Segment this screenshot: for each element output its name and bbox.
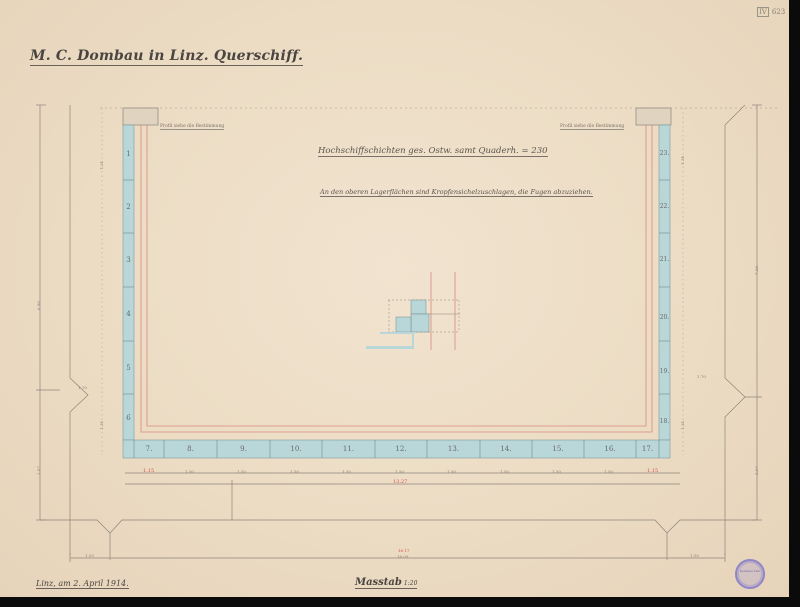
dimension-label: 1.50 — [342, 469, 351, 474]
dimension-overall-red: 16.17 — [398, 548, 409, 553]
dimension-label: 1.50 — [185, 469, 194, 474]
block-number: 6 — [123, 414, 134, 422]
block-number: 13. — [427, 445, 480, 453]
dimension-red-right: 1.15 — [647, 468, 658, 474]
dimension-left-lower: 2.07 — [36, 466, 41, 475]
block-number: 7. — [134, 445, 164, 453]
corner-label-left: Profil siehe die Bestimmung — [160, 124, 224, 130]
heading-note: Hochschiffschichten ges. Ostw. samt Quad… — [318, 146, 548, 157]
block-number: 8. — [164, 445, 217, 453]
dimension-label: 1.50 — [604, 469, 613, 474]
block-number: 14. — [480, 445, 532, 453]
dimension-label: 1.50 — [290, 469, 299, 474]
dimension-side-block: 1.34 — [99, 421, 104, 430]
scan-border-right — [789, 0, 800, 607]
dimension-right-lower: 2.07 — [754, 466, 759, 475]
archive-stamp: Dombau Linz — [735, 559, 765, 589]
dimension-left-offset: 1.50 — [85, 553, 94, 558]
block-number: 12. — [375, 445, 427, 453]
dimension-side-block: 1.34 — [99, 161, 104, 170]
block-number: 21. — [659, 256, 670, 263]
block-number: 9. — [217, 445, 270, 453]
block-number: 19. — [659, 368, 670, 375]
dimension-side-block: 1.34 — [680, 421, 685, 430]
dimension-overall-width: 16.09 — [397, 554, 408, 559]
instruction-note: An den oberen Lagerflächen sind Kropfens… — [320, 188, 593, 197]
corner-label-right: Profil siehe die Bestimmung — [560, 124, 624, 130]
scan-border-bottom — [0, 597, 800, 607]
scale-word: Masstab — [355, 577, 402, 588]
block-number: 1 — [123, 150, 134, 158]
dimension-side-mid-right: 1.70 — [697, 374, 706, 379]
block-number: 16. — [584, 445, 636, 453]
dimension-label: 1.50 — [237, 469, 246, 474]
block-number: 22. — [659, 203, 670, 210]
block-number: 5 — [123, 364, 134, 372]
dimension-red-left: 1.15 — [143, 468, 154, 474]
block-number: 10. — [270, 445, 322, 453]
dimension-right-height: 7.38 — [754, 266, 759, 275]
dimension-left-height: 6.96 — [36, 301, 41, 310]
dimension-side-mid-left: 1.70 — [78, 385, 87, 390]
dimension-label: 1.50 — [500, 469, 509, 474]
drawing-sheet: IV623 M. C. Dombau in Linz. Querschiff. … — [0, 0, 789, 597]
dimension-side-block: 1.34 — [680, 156, 685, 165]
archive-number: 623 — [772, 8, 785, 16]
dimension-red-total: 13.27 — [393, 479, 407, 485]
archive-reference: IV623 — [757, 8, 785, 16]
dimension-label: 1.50 — [447, 469, 456, 474]
drawing-title: M. C. Dombau in Linz. Querschiff. — [30, 48, 303, 66]
block-number: 15. — [532, 445, 584, 453]
block-number: 17. — [636, 445, 659, 453]
dimension-label: 1.50 — [552, 469, 561, 474]
archive-box-label: IV — [757, 7, 769, 17]
block-number: 4 — [123, 310, 134, 318]
dimension-right-offset: 1.50 — [690, 553, 699, 558]
dimension-label: 1.50 — [395, 469, 404, 474]
stamp-text: Dombau Linz — [737, 569, 763, 573]
block-number: 18. — [659, 418, 670, 425]
place-and-date: Linz, am 2. April 1914. — [36, 579, 129, 589]
block-number: 11. — [322, 445, 375, 453]
scale-ratio: 1:20 — [404, 580, 417, 587]
block-number: 20. — [659, 314, 670, 321]
scale-label: Masstab1:20 — [355, 577, 417, 589]
block-number: 2 — [123, 203, 134, 211]
architectural-plan — [0, 0, 789, 597]
block-number: 23. — [659, 150, 670, 157]
block-number: 3 — [123, 256, 134, 264]
